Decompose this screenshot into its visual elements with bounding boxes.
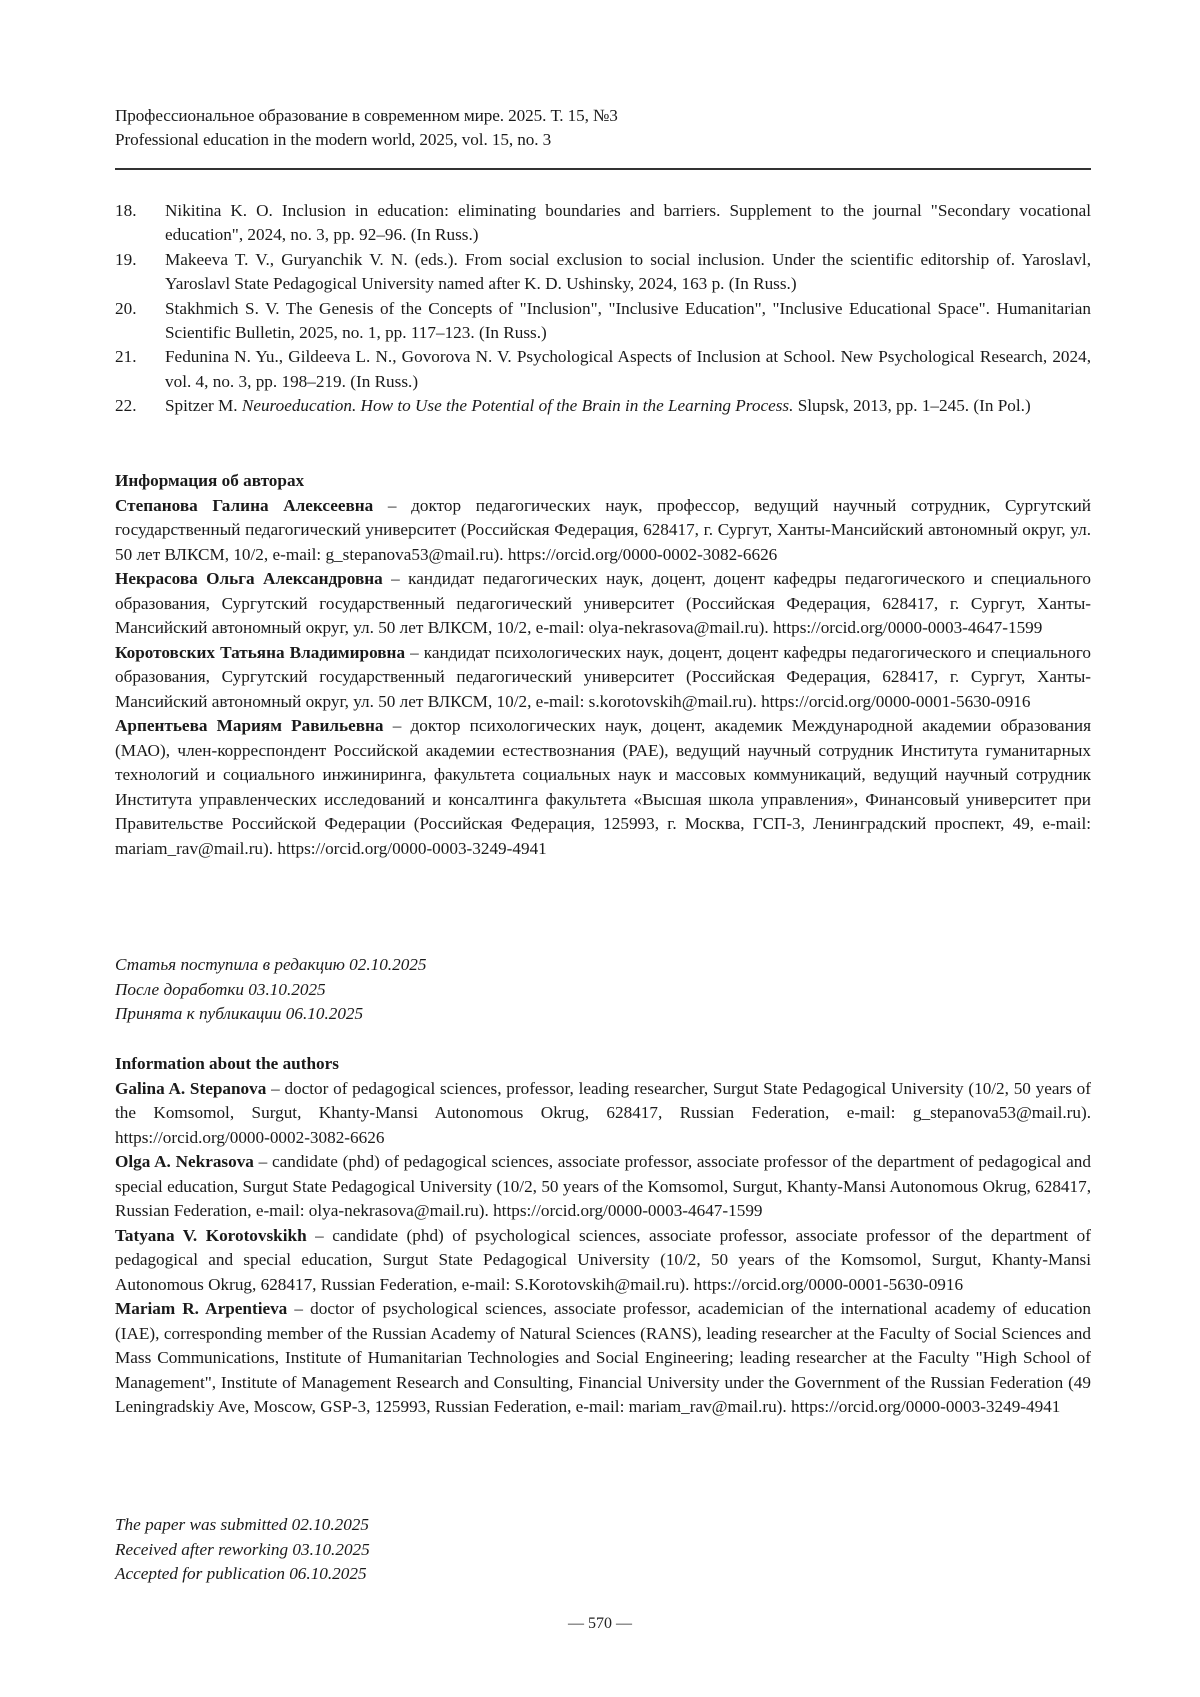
author-entry: Tatyana V. Korotovskikh – candidate (phd… [115, 1224, 1091, 1298]
reference-number: 21. [115, 345, 136, 369]
author-entry: Степанова Галина Алексеевна – доктор пед… [115, 494, 1091, 568]
reference-text: Fedunina N. Yu., Gildeeva L. N., Govorov… [165, 347, 1091, 390]
references-list: 18. Nikitina K. O. Inclusion in educatio… [115, 199, 1091, 419]
author-details: – доктор психологических наук, доцент, а… [115, 716, 1091, 858]
article-dates-ru: Статья поступила в редакцию 02.10.2025 П… [115, 953, 1091, 1027]
reference-number: 22. [115, 394, 136, 418]
journal-page: Профессиональное образование в современн… [0, 0, 1200, 1697]
author-entry: Арпентьева Мариям Равильевна – доктор пс… [115, 714, 1091, 861]
author-name: Степанова Галина Алексеевна [115, 496, 373, 515]
reference-text-suffix: Slupsk, 2013, pp. 1–245. (In Pol.) [793, 396, 1030, 415]
author-name: Mariam R. Arpentieva [115, 1299, 287, 1318]
section-title-authors-ru: Информация об авторах [115, 469, 1091, 494]
author-entry: Коротовских Татьяна Владимировна – канди… [115, 641, 1091, 715]
section-title-authors-en: Information about the authors [115, 1052, 1091, 1077]
author-info-en: Information about the authors Galina A. … [115, 1052, 1091, 1420]
author-details: – candidate (phd) of pedagogical science… [115, 1152, 1091, 1220]
header-divider [115, 168, 1091, 170]
page-number: — 570 — [0, 1615, 1200, 1633]
reference-item: 19. Makeeva T. V., Guryanchik V. N. (eds… [115, 248, 1091, 297]
author-name: Коротовских Татьяна Владимировна [115, 643, 405, 662]
date-revised-en: Received after reworking 03.10.2025 [115, 1538, 1091, 1563]
reference-number: 19. [115, 248, 136, 272]
author-name: Арпентьева Мариям Равильевна [115, 716, 384, 735]
reference-text-prefix: Spitzer M. [165, 396, 242, 415]
date-accepted-ru: Принята к публикации 06.10.2025 [115, 1002, 1091, 1027]
journal-title-ru: Профессиональное образование в современн… [115, 104, 1090, 128]
date-submitted-ru: Статья поступила в редакцию 02.10.2025 [115, 953, 1091, 978]
author-name: Olga A. Nekrasova [115, 1152, 254, 1171]
reference-item: 18. Nikitina K. O. Inclusion in educatio… [115, 199, 1091, 248]
author-entry: Mariam R. Arpentieva – doctor of psychol… [115, 1297, 1091, 1420]
reference-item: 22. Spitzer M. Neuroeducation. How to Us… [115, 394, 1091, 418]
reference-text: Makeeva T. V., Guryanchik V. N. (eds.). … [165, 250, 1091, 293]
journal-title-en: Professional education in the modern wor… [115, 128, 1090, 152]
reference-number: 20. [115, 297, 136, 321]
date-submitted-en: The paper was submitted 02.10.2025 [115, 1513, 1091, 1538]
reference-title-italic: Neuroeducation. How to Use the Potential… [242, 396, 794, 415]
date-accepted-en: Accepted for publication 06.10.2025 [115, 1562, 1091, 1587]
reference-text: Stakhmich S. V. The Genesis of the Conce… [165, 299, 1091, 342]
author-entry: Galina A. Stepanova – doctor of pedagogi… [115, 1077, 1091, 1151]
article-dates-en: The paper was submitted 02.10.2025 Recei… [115, 1513, 1091, 1587]
date-revised-ru: После доработки 03.10.2025 [115, 978, 1091, 1003]
author-entry: Некрасова Ольга Александровна – кандидат… [115, 567, 1091, 641]
running-header: Профессиональное образование в современн… [115, 104, 1090, 152]
author-info-ru: Информация об авторах Степанова Галина А… [115, 469, 1091, 861]
author-name: Galina A. Stepanova [115, 1079, 266, 1098]
reference-item: 21. Fedunina N. Yu., Gildeeva L. N., Gov… [115, 345, 1091, 394]
author-name: Tatyana V. Korotovskikh [115, 1226, 307, 1245]
reference-number: 18. [115, 199, 136, 223]
author-entry: Olga A. Nekrasova – candidate (phd) of p… [115, 1150, 1091, 1224]
author-name: Некрасова Ольга Александровна [115, 569, 383, 588]
reference-item: 20. Stakhmich S. V. The Genesis of the C… [115, 297, 1091, 346]
reference-text: Nikitina K. O. Inclusion in education: e… [165, 201, 1091, 244]
